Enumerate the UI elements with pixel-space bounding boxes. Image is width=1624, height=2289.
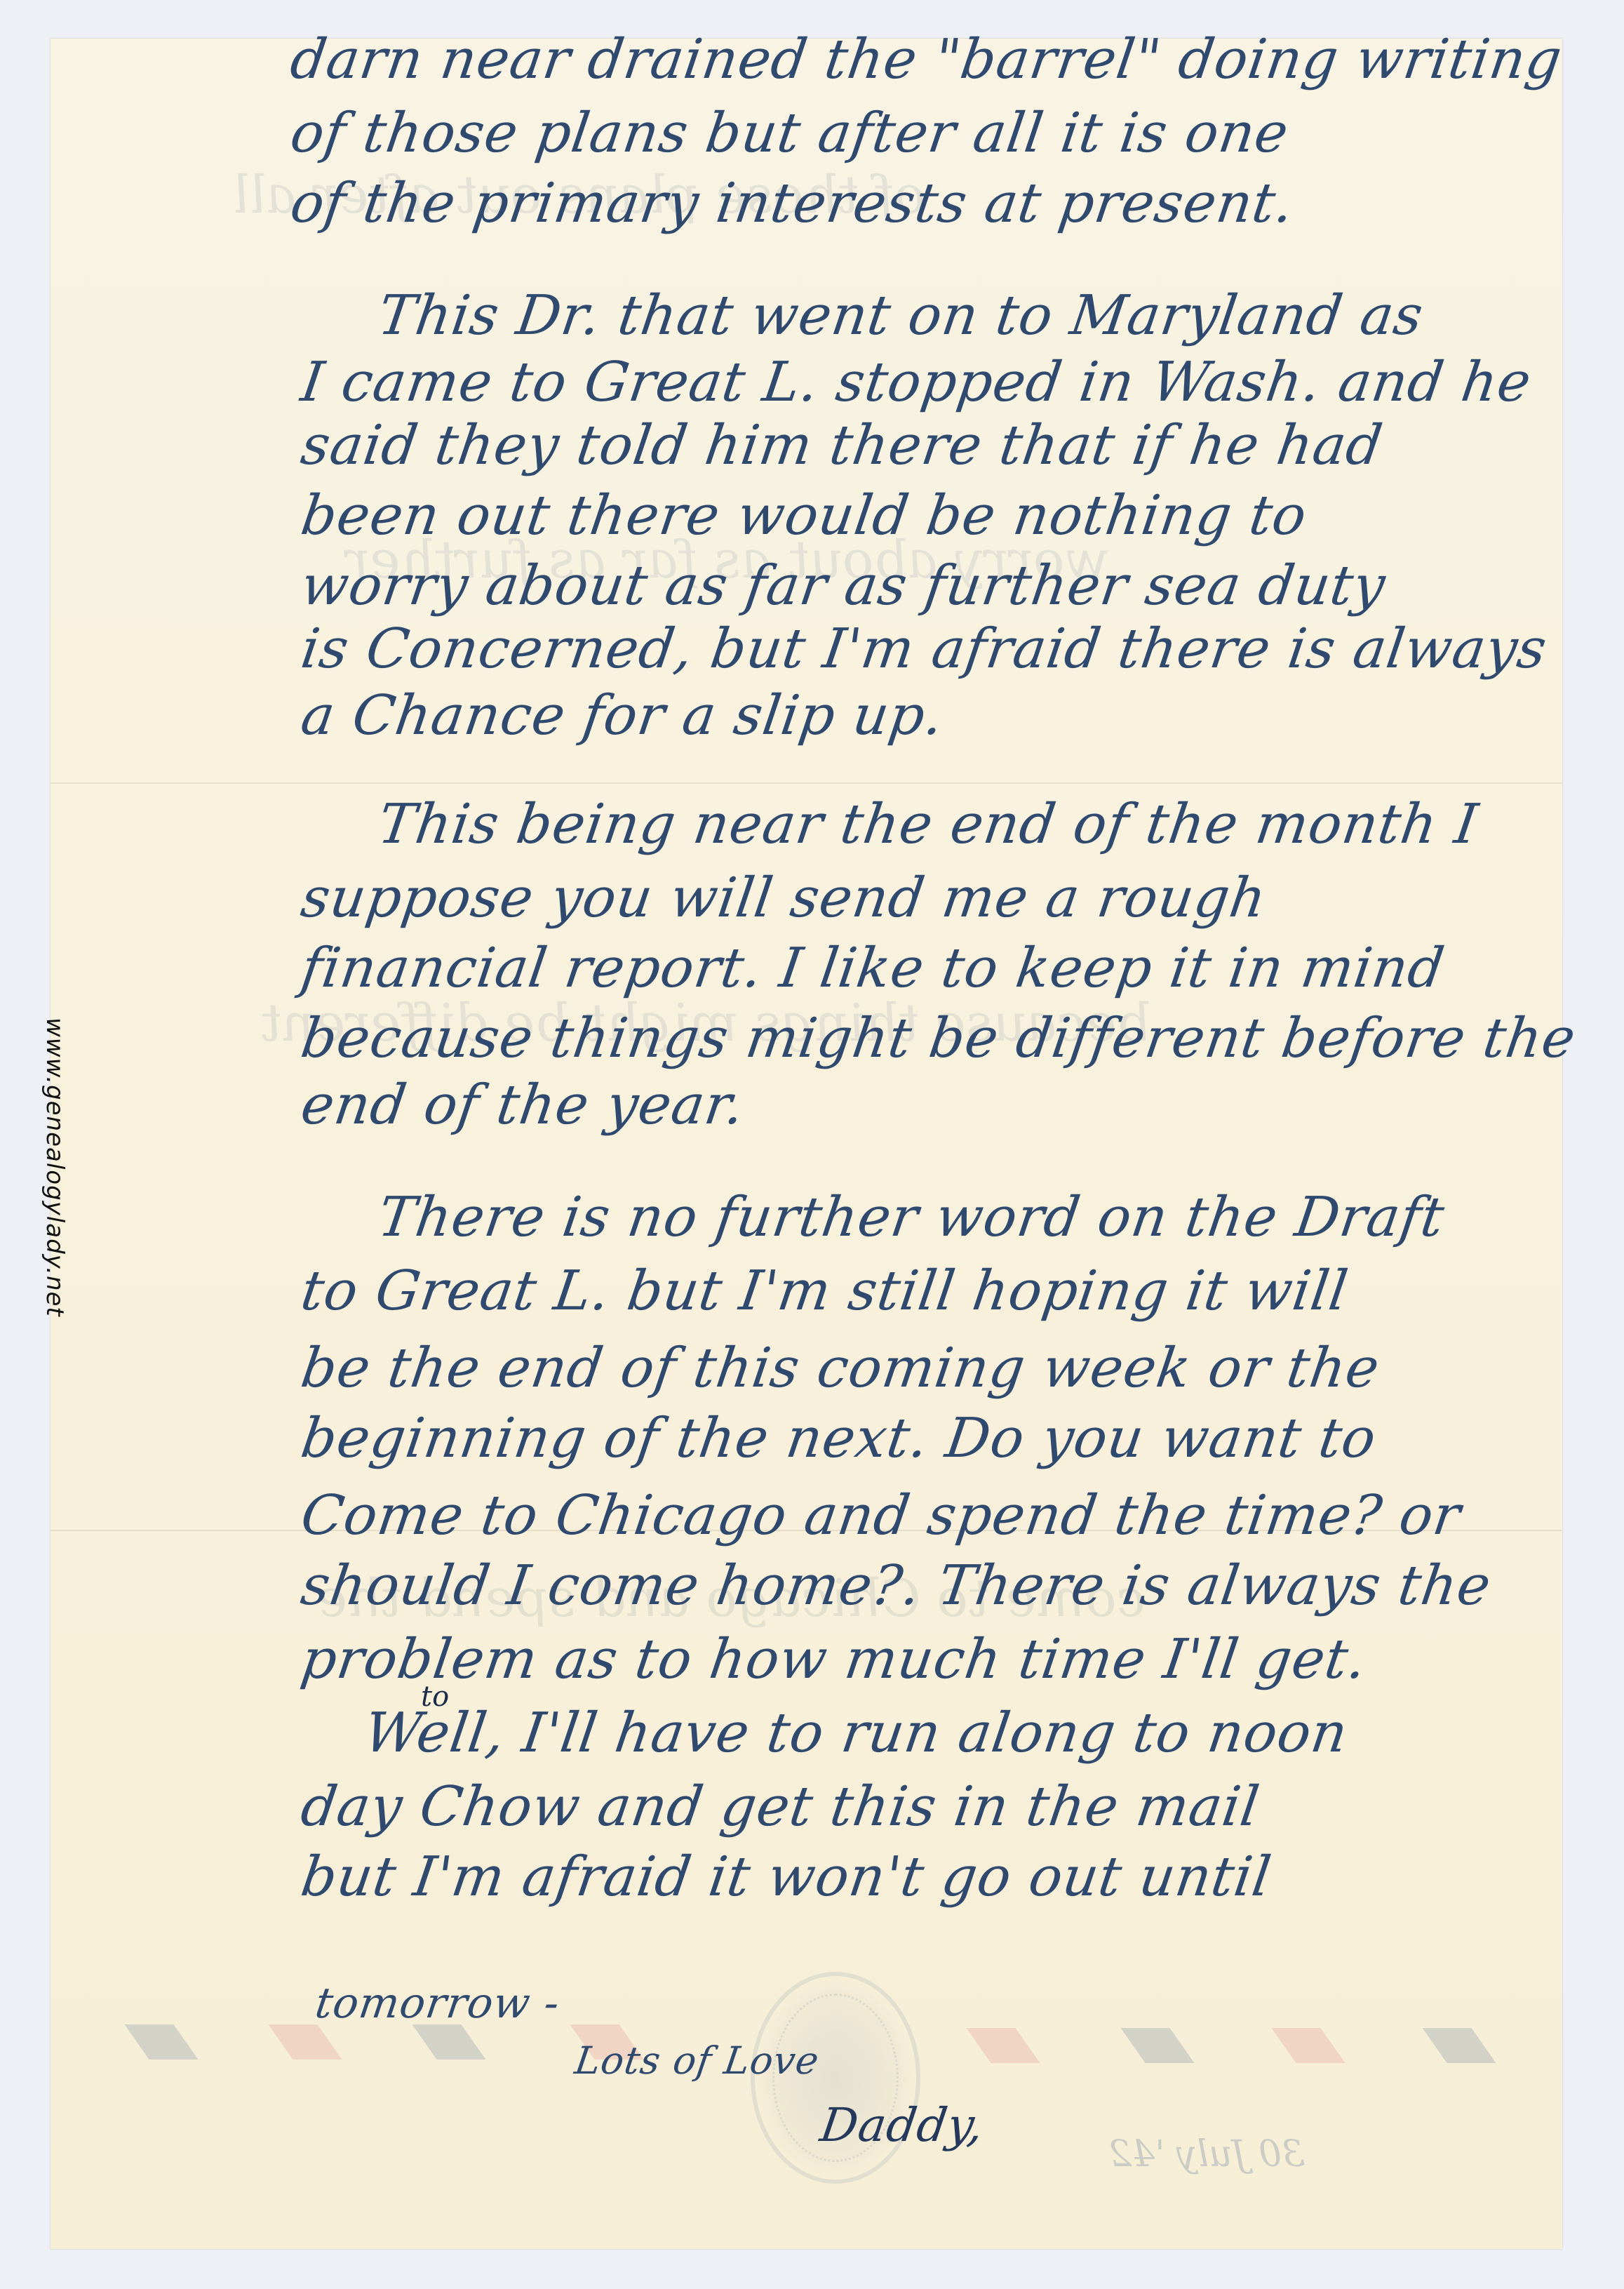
fold-crease: [51, 782, 1562, 784]
letter-line: worry about as far as further sea duty: [297, 554, 1390, 618]
letter-line: to Great L. but I'm still hoping it will: [297, 1260, 1353, 1323]
letter-line: been out there would be nothing to: [297, 484, 1311, 547]
letter-line: of those plans but after all it is one: [287, 102, 1293, 165]
letter-line: There is no further word on the Draft: [375, 1186, 1449, 1249]
letter-line: said they told him there that if he had: [297, 414, 1387, 477]
letter-line: beginning of the next. Do you want to: [297, 1407, 1381, 1470]
letter-line: Well, I'll have to run along to noon: [361, 1702, 1352, 1765]
letter-line: financial report. I like to keep it in m…: [297, 937, 1449, 1000]
letter-line: of the primary interests at present.: [287, 172, 1298, 235]
letter-line: This being near the end of the month I: [375, 793, 1482, 856]
letter-line: darn near drained the "barrel" doing wri…: [287, 28, 1566, 91]
closing: Lots of Love: [572, 2038, 822, 2083]
signature: Daddy,: [817, 2098, 988, 2152]
letter-line: problem as to how much time I'll get.: [297, 1628, 1371, 1691]
letter-line: day Chow and get this in the mail: [297, 1775, 1263, 1838]
letter-line: but I'm afraid it won't go out until: [297, 1846, 1275, 1909]
letter-line: I came to Great L. stopped in Wash. and …: [297, 351, 1536, 414]
watermark-text: www.genealogylady.net: [41, 1017, 69, 1317]
letter-line: end of the year.: [297, 1074, 749, 1137]
letter-line: suppose you will send me a rough: [297, 867, 1270, 930]
letter-line: be the end of this coming week or the: [297, 1337, 1384, 1400]
letter-line: This Dr. that went on to Maryland as: [375, 284, 1428, 347]
letter-line: because things might be different before…: [297, 1007, 1580, 1070]
letter-line: Come to Chicago and spend the time? or: [297, 1484, 1465, 1547]
letter-line: should I come home?. There is always the: [297, 1554, 1495, 1617]
letter-line: a Chance for a slip up.: [297, 684, 948, 747]
letter-line: tomorrow -: [312, 1979, 563, 2028]
show-through-date: 30 July '42: [1108, 2133, 1305, 2175]
letter-line: is Concerned, but I'm afraid there is al…: [297, 618, 1551, 681]
